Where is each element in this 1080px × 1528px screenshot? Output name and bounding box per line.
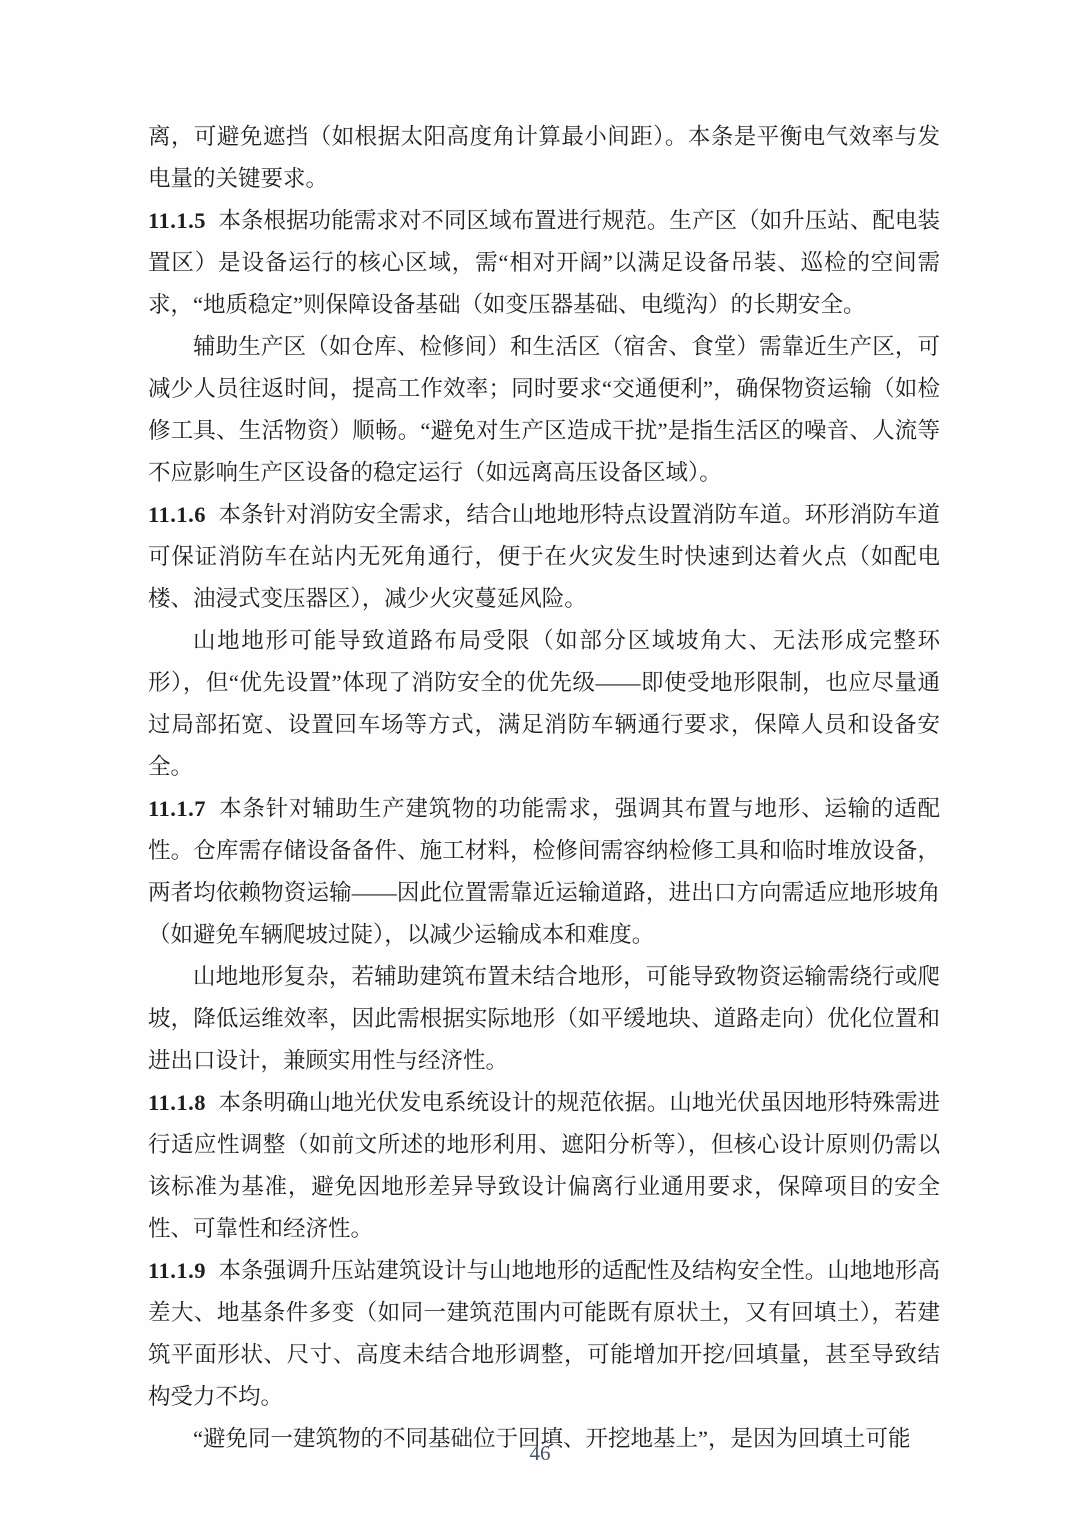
section-number: 11.1.8 [148, 1090, 206, 1115]
section-number: 11.1.5 [148, 208, 206, 233]
paragraph-text: 本条强调升压站建筑设计与山地地形的适配性及结构安全性。山地地形高差大、地基条件多… [148, 1258, 940, 1409]
paragraph-terrain-logistics: 山地地形复杂，若辅助建筑布置未结合地形，可能导致物资运输需绕行或爬坡，降低运维效… [148, 956, 940, 1082]
paragraph-section-11-1-8: 11.1.8本条明确山地光伏发电系统设计的规范依据。山地光伏虽因地形特殊需进行适… [148, 1082, 940, 1250]
paragraph-text: 离，可避免遮挡（如根据太阳高度角计算最小间距）。本条是平衡电气效率与发电量的关键… [148, 124, 940, 191]
paragraph-section-11-1-6: 11.1.6本条针对消防安全需求，结合山地地形特点设置消防车道。环形消防车道可保… [148, 494, 940, 620]
paragraph-text: 本条针对辅助生产建筑物的功能需求，强调其布置与地形、运输的适配性。仓库需存储设备… [148, 796, 940, 947]
paragraph-text: 山地地形可能导致道路布局受限（如部分区域坡角大、无法形成完整环形），但“优先设置… [148, 628, 940, 779]
paragraph-text: 山地地形复杂，若辅助建筑布置未结合地形，可能导致物资运输需绕行或爬坡，降低运维效… [148, 964, 940, 1073]
section-number: 11.1.7 [148, 796, 206, 821]
paragraph-terrain-fire-road: 山地地形可能导致道路布局受限（如部分区域坡角大、无法形成完整环形），但“优先设置… [148, 620, 940, 788]
document-page: 离，可避免遮挡（如根据太阳高度角计算最小间距）。本条是平衡电气效率与发电量的关键… [0, 0, 1080, 1528]
paragraph-text: 本条根据功能需求对不同区域布置进行规范。生产区（如升压站、配电装置区）是设备运行… [148, 208, 940, 317]
paragraph-text: 辅助生产区（如仓库、检修间）和生活区（宿舍、食堂）需靠近生产区，可减少人员往返时… [148, 334, 940, 485]
section-number: 11.1.6 [148, 502, 206, 527]
page-number: 46 [0, 1441, 1080, 1466]
paragraph-section-11-1-5: 11.1.5本条根据功能需求对不同区域布置进行规范。生产区（如升压站、配电装置区… [148, 200, 940, 326]
document-body: 离，可避免遮挡（如根据太阳高度角计算最小间距）。本条是平衡电气效率与发电量的关键… [148, 116, 940, 1460]
paragraph-section-11-1-9: 11.1.9本条强调升压站建筑设计与山地地形的适配性及结构安全性。山地地形高差大… [148, 1250, 940, 1418]
paragraph-text: 本条针对消防安全需求，结合山地地形特点设置消防车道。环形消防车道可保证消防车在站… [148, 502, 940, 611]
paragraph-auxiliary-zones: 辅助生产区（如仓库、检修间）和生活区（宿舍、食堂）需靠近生产区，可减少人员往返时… [148, 326, 940, 494]
section-number: 11.1.9 [148, 1258, 206, 1283]
paragraph-text: 本条明确山地光伏发电系统设计的规范依据。山地光伏虽因地形特殊需进行适应性调整（如… [148, 1090, 940, 1241]
paragraph-continuation: 离，可避免遮挡（如根据太阳高度角计算最小间距）。本条是平衡电气效率与发电量的关键… [148, 116, 940, 200]
paragraph-section-11-1-7: 11.1.7本条针对辅助生产建筑物的功能需求，强调其布置与地形、运输的适配性。仓… [148, 788, 940, 956]
